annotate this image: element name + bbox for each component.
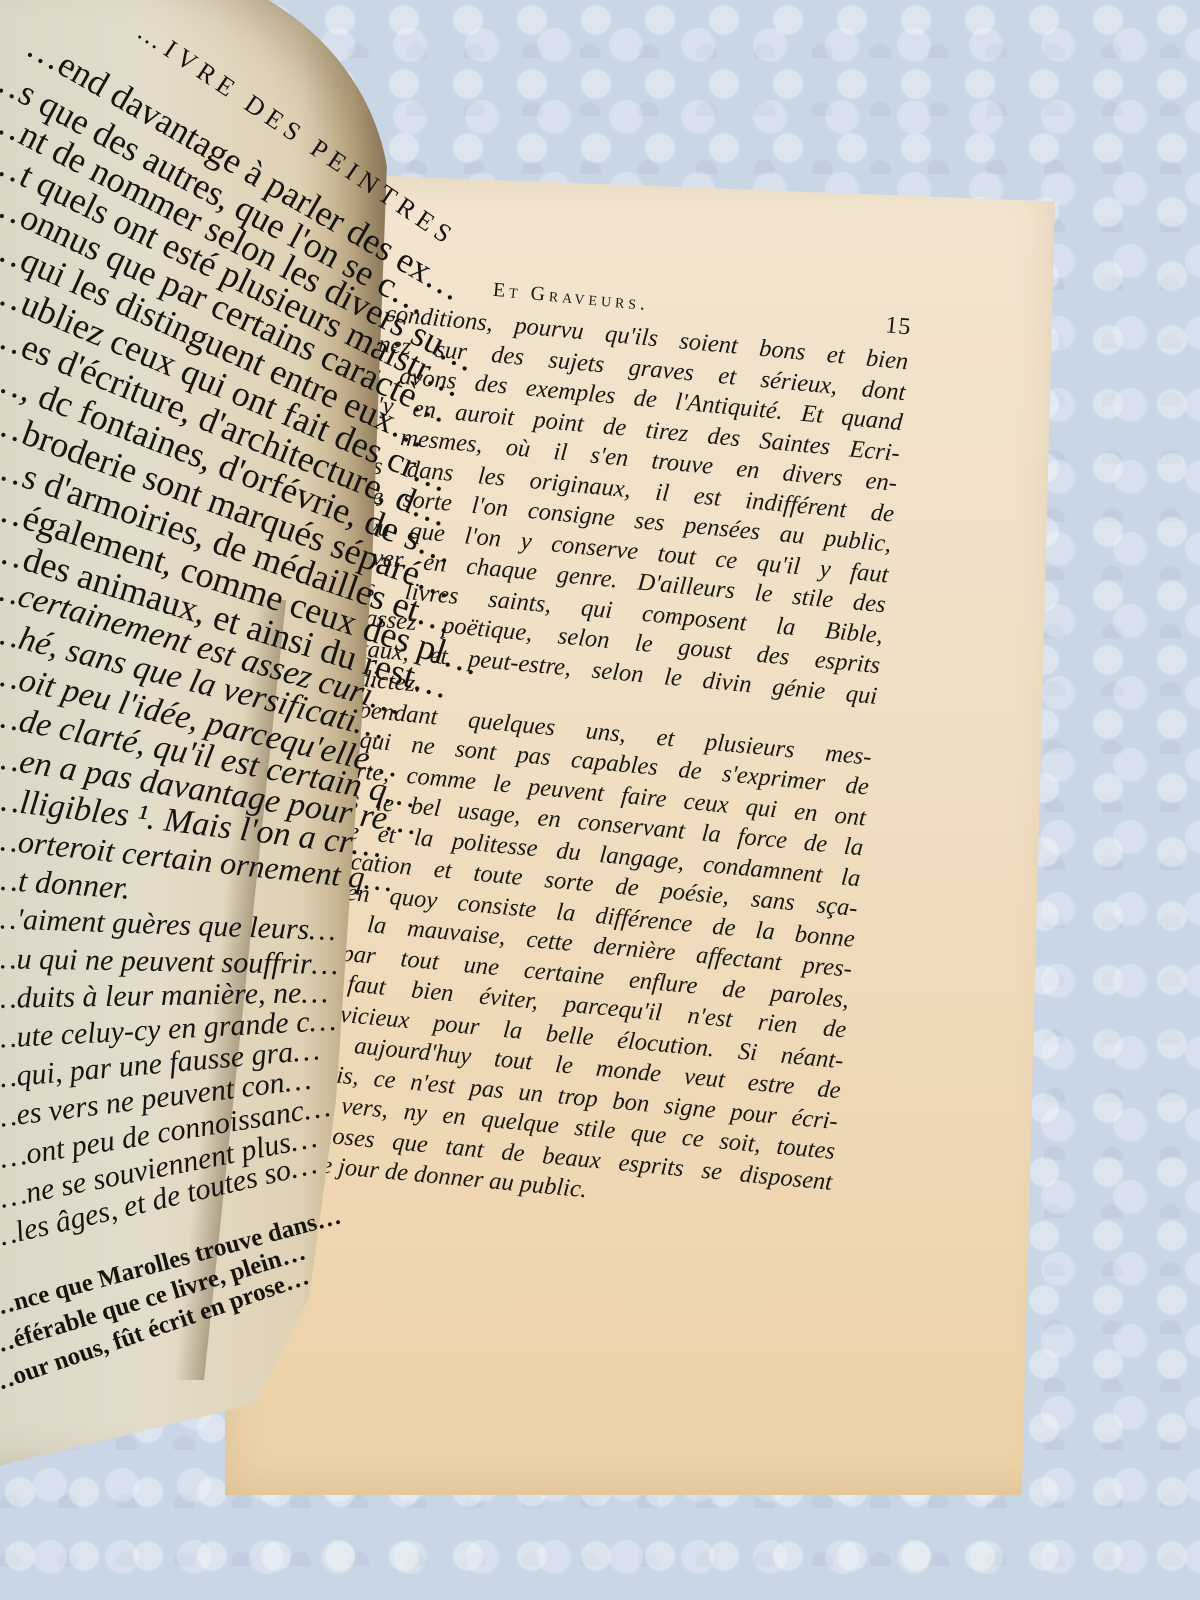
page-number: 15 xyxy=(884,312,912,341)
